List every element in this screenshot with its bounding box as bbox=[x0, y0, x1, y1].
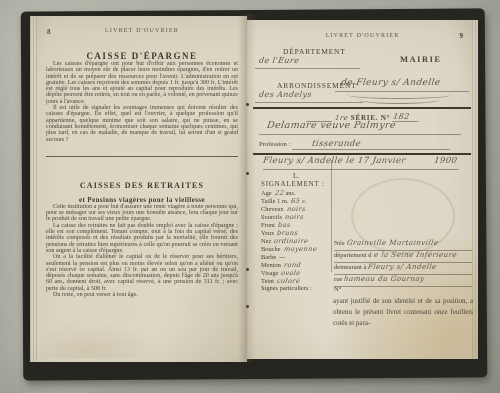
mairie-label: MAIRIE bbox=[400, 54, 442, 64]
page-stain bbox=[40, 318, 160, 358]
nee-label: N° bbox=[334, 286, 341, 293]
signalement-row: Visageovale bbox=[261, 269, 331, 277]
sig-label: Age bbox=[261, 190, 272, 197]
photo-background: 8 LIVRET D'OUVRIER CAISSE D'ÉPARGNE Les … bbox=[0, 0, 500, 393]
signalement-label: SIGNALEMENT : bbox=[261, 180, 325, 188]
arrondissement-label: ARRONDISSEMENT bbox=[277, 81, 357, 90]
column-divider bbox=[331, 160, 332, 272]
sig-value: noirs bbox=[286, 205, 306, 213]
stitch-dot bbox=[246, 305, 249, 308]
sig-label: Teint bbox=[261, 278, 274, 285]
sig-value: bruns bbox=[277, 229, 299, 237]
section-subtitle: et Pensions viagères pour la vieillesse bbox=[46, 196, 238, 204]
nee-value: e la Seine Inférieure bbox=[373, 250, 457, 259]
date-place: Fleury s/ Andelle le 17 Janvier bbox=[262, 156, 406, 166]
running-title: LIVRET D'OUVRIER bbox=[105, 28, 179, 34]
nee-label: demeurant à bbox=[334, 264, 366, 271]
signalement-row: Teintcoloré bbox=[261, 277, 331, 285]
horizontal-rule bbox=[253, 153, 471, 155]
signalement-row: Barbe— bbox=[261, 253, 331, 261]
sig-label: Bouche bbox=[261, 246, 281, 253]
departement-field: de l'Eure bbox=[255, 56, 360, 69]
signalement-row: Mentonrond bbox=[261, 261, 331, 269]
profession-value: tisserande bbox=[311, 139, 361, 149]
nee-label: rue bbox=[334, 276, 342, 283]
page-number: 9 bbox=[460, 32, 464, 40]
nee-value: hameau du Gournay bbox=[344, 274, 426, 283]
arrondissement-field: des Andelys bbox=[255, 90, 363, 103]
signalement-row: Frontbas bbox=[261, 221, 331, 229]
page-number: 8 bbox=[47, 28, 51, 36]
departement-label: DÉPARTEMENT bbox=[283, 47, 346, 56]
left-page-content: 8 LIVRET D'OUVRIER CAISSE D'ÉPARGNE Les … bbox=[46, 28, 238, 298]
sig-value: 22 bbox=[274, 189, 284, 197]
sig-label: Yeux bbox=[261, 230, 274, 237]
sig-value: ordinaire bbox=[274, 237, 310, 245]
sig-value: ovale bbox=[281, 269, 302, 277]
date-year: 1900 bbox=[433, 156, 458, 166]
nee-value: Grainville Martainville bbox=[346, 238, 439, 247]
sig-label: Signes particuliers : bbox=[261, 285, 312, 292]
name-value: Delamare veuve Palmyre bbox=[266, 120, 396, 131]
paragraph: On a la facilité d'aliéner le capital ou… bbox=[46, 254, 238, 292]
sig-value: 65 bbox=[291, 197, 301, 205]
nee-label: département d bbox=[334, 252, 372, 259]
flourish bbox=[359, 99, 439, 104]
sig-label: Sourcils bbox=[261, 214, 282, 221]
sig-suffix: c. bbox=[302, 198, 306, 205]
horizontal-rule bbox=[253, 107, 471, 109]
paragraph: Les caisses d'épargne ont pour but d'off… bbox=[46, 61, 238, 105]
sig-value: moyenne bbox=[283, 245, 317, 253]
profession-line: tisserande bbox=[292, 139, 450, 150]
sig-label: Nez bbox=[261, 238, 271, 245]
sig-value: rond bbox=[283, 261, 301, 269]
paragraph: Il est utile de signaler les avantages i… bbox=[46, 105, 238, 143]
paragraph: Cette institution a pour but d'assurer u… bbox=[46, 204, 238, 223]
signalement-row: Sourcilsnoirs bbox=[261, 213, 331, 221]
signalement-row: Bouchemoyenne bbox=[261, 245, 331, 253]
sig-label: Visage bbox=[261, 270, 278, 277]
right-page-content: LIVRET D'OUVRIER 9 DÉPARTEMENT de l'Eure… bbox=[247, 20, 478, 359]
sig-value: — bbox=[279, 253, 287, 261]
section-title-caisses-retraites: CAISSES DES RETRAITES bbox=[46, 181, 238, 190]
stitch-dot bbox=[246, 268, 249, 271]
running-title: LIVRET D'OUVRIER bbox=[247, 33, 478, 39]
signalement-row: Cheveuxnoirs bbox=[261, 205, 331, 213]
stitch-dot bbox=[246, 172, 249, 175]
sig-label: Menton bbox=[261, 262, 281, 269]
nee-value: Fleury s/ Andelle bbox=[368, 262, 438, 271]
profession-label: Profession : bbox=[259, 141, 290, 148]
l-label: L. bbox=[293, 172, 299, 180]
sig-label: Cheveux bbox=[261, 206, 284, 213]
nee-label: Née bbox=[334, 240, 345, 247]
sig-value: bas bbox=[277, 221, 291, 229]
stitch-dot bbox=[246, 103, 249, 106]
section-title-caisse-epargne: CAISSE D'ÉPARGNE bbox=[46, 51, 238, 61]
running-header: 8 LIVRET D'OUVRIER bbox=[46, 28, 238, 34]
paragraph: Du reste, on peut verser à tout âge. bbox=[46, 292, 238, 298]
paragraph: La caisse des retraites ne fait pas doub… bbox=[46, 223, 238, 254]
book-gutter bbox=[238, 14, 256, 362]
sig-label: Barbe bbox=[261, 254, 276, 261]
signalement-row: Nezordinaire bbox=[261, 237, 331, 245]
section-divider bbox=[46, 156, 238, 157]
right-page: LIVRET D'OUVRIER 9 DÉPARTEMENT de l'Eure… bbox=[247, 20, 478, 359]
date-field: Fleury s/ Andelle le 17 Janvier 1900 bbox=[263, 156, 459, 170]
signalement-row: Yeuxbruns bbox=[261, 229, 331, 237]
signalement-row: Taille 1 m.65 c. bbox=[261, 197, 331, 205]
name-field: Delamare veuve Palmyre bbox=[259, 120, 461, 135]
signalement-row: Age22 ans. bbox=[261, 189, 331, 197]
sig-value: coloré bbox=[276, 277, 300, 285]
profession-field: Profession : tisserande bbox=[259, 139, 462, 150]
departement-value: de l'Eure bbox=[258, 56, 300, 65]
arrondissement-value: des Andelys bbox=[258, 90, 312, 99]
signalement-row: Signes particuliers : bbox=[261, 285, 331, 292]
justification-paragraph: ayant justifié de son identité et de sa … bbox=[333, 296, 473, 329]
nee-row: N° bbox=[334, 286, 472, 296]
left-page: 8 LIVRET D'OUVRIER CAISSE D'ÉPARGNE Les … bbox=[30, 16, 247, 362]
sig-label: Taille 1 m. bbox=[261, 198, 288, 205]
sig-label: Front bbox=[261, 222, 275, 229]
sig-value: noirs bbox=[284, 213, 304, 221]
sig-suffix: ans. bbox=[285, 190, 295, 197]
